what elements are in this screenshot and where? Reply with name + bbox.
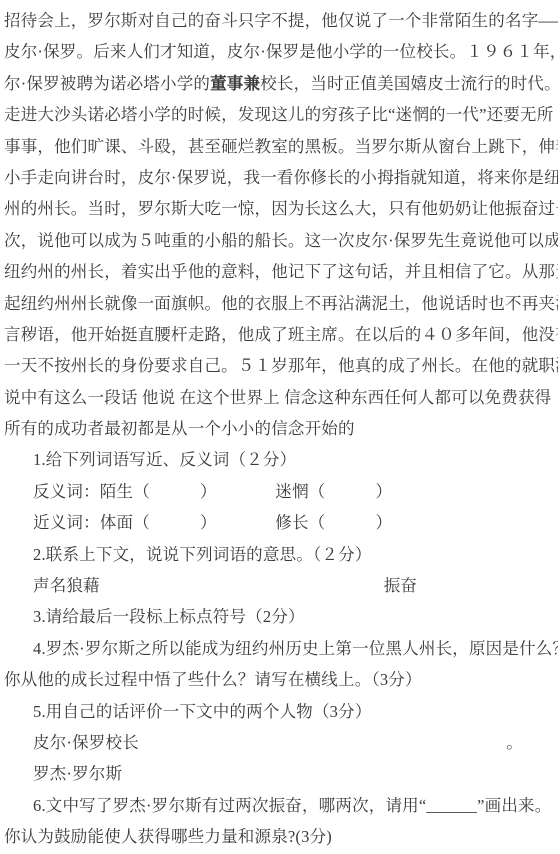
text-segment: 声名狼藉 振奋	[33, 576, 417, 595]
passage-line-8: 次，说他可以成为５吨重的小船的船长。这一次皮尔·保罗先生竟说他可以成为	[4, 225, 558, 256]
text-segment: 3.请给最后一段标上标点符号（2分）	[33, 607, 305, 626]
antonym-blanks-row: 反义词：陌生（ ） 迷惘（ ）	[4, 476, 558, 507]
passage-line-6: 小手走向讲台时，皮尔·保罗说，我一看你修长的小拇指就知道，将来你是纽约	[4, 162, 558, 193]
passage-line-7: 州的州长。当时，罗尔斯大吃一惊，因为长这么大，只有他奶奶让他振奋过一	[4, 193, 558, 224]
passage-line-9: 纽约州的州长，着实出乎他的意料，他记下了这句话，并且相信了它。从那天	[4, 256, 558, 287]
synonym-blanks-row: 近义词：体面（ ） 修长（ ）	[4, 507, 558, 538]
text-segment: 6.文中写了罗杰·罗尔斯有过两次振奋，哪两次，请用“______”画出来。	[33, 796, 551, 815]
text-segment: 纽约州的州长，着实出乎他的意料，他记下了这句话，并且相信了它。从那天	[4, 262, 558, 281]
text-segment: 罗杰·罗尔斯	[33, 764, 122, 783]
question-5: 5.用自己的话评价一下文中的两个人物（3分）	[4, 696, 558, 727]
passage-line-12: 一天不按州长的身份要求自己。５１岁那年，他真的成了州长。在他的就职演	[4, 350, 558, 381]
text-segment: 2.联系上下文，说说下列词语的意思。（２分）	[33, 545, 372, 564]
text-segment: 起纽约州州长就像一面旗帜。他的衣服上不再沾满泥土，他说话时也不再夹污	[4, 294, 558, 313]
text-segment: 走进大沙头诺必塔小学的时候，发现这儿的穷孩子比“迷惘的一代”还要无所	[4, 105, 553, 124]
passage-line-10: 起纽约州州长就像一面旗帜。他的衣服上不再沾满泥土，他说话时也不再夹污	[4, 288, 558, 319]
passage-line-1: 招待会上，罗尔斯对自己的奋斗只字不提，他仅说了一个非常陌生的名字——	[4, 5, 558, 36]
text-segment: 皮尔·保罗。后来人们才知道，皮尔·保罗是他小学的一位校长。１９６１年，皮	[4, 42, 558, 61]
text-segment: 你从他的成长过程中悟了些什么？请写在横线上。（3分）	[4, 670, 422, 689]
exam-paper-page: 招待会上，罗尔斯对自己的奋斗只字不提，他仅说了一个非常陌生的名字——皮尔·保罗。…	[0, 0, 560, 854]
question-3: 3.请给最后一段标上标点符号（2分）	[4, 601, 558, 632]
question-6-continued: 你认为鼓励能使人获得哪些力量和源泉?(3分)	[4, 821, 558, 852]
passage-line-3: 尔·保罗被聘为诺必塔小学的董事兼校长，当时正值美国嬉皮士流行的时代。他	[4, 68, 558, 99]
passage-line-4: 走进大沙头诺必塔小学的时候，发现这儿的穷孩子比“迷惘的一代”还要无所	[4, 99, 558, 130]
question-2: 2.联系上下文，说说下列词语的意思。（２分）	[4, 539, 558, 570]
question-1: 1.给下列词语写近、反义词（２分）	[4, 444, 558, 475]
passage-line-13: 说中有这么一段话 他说 在这个世界上 信念这种东西任何人都可以免费获得	[4, 382, 558, 413]
text-segment: 州的州长。当时，罗尔斯大吃一惊，因为长这么大，只有他奶奶让他振奋过一	[4, 199, 558, 218]
text-segment: 一天不按州长的身份要求自己。５１岁那年，他真的成了州长。在他的就职演	[4, 356, 558, 375]
question-4-continued: 你从他的成长过程中悟了些什么？请写在横线上。（3分）	[4, 664, 558, 695]
text-segment: 近义词：体面（ ） 修长（ ）	[33, 513, 392, 532]
passage-line-14: 所有的成功者最初都是从一个小小的信念开始的	[4, 413, 558, 444]
question-6: 6.文中写了罗杰·罗尔斯有过两次振奋，哪两次，请用“______”画出来。	[4, 790, 558, 821]
text-segment: 所有的成功者最初都是从一个小小的信念开始的	[4, 419, 355, 438]
bold-text-segment: 董事兼	[210, 74, 260, 93]
text-segment: 尔·保罗被聘为诺必塔小学的	[4, 74, 210, 93]
question-4: 4.罗杰·罗尔斯之所以能成为纽约州历史上第一位黑人州长，原因是什么？	[4, 633, 558, 664]
word-meaning-row: 声名狼藉 振奋	[4, 570, 558, 601]
text-segment: 说中有这么一段话 他说 在这个世界上 信念这种东西任何人都可以免费获得	[4, 388, 551, 407]
text-segment: 5.用自己的话评价一下文中的两个人物（3分）	[33, 702, 372, 721]
text-segment: 4.罗杰·罗尔斯之所以能成为纽约州历史上第一位黑人州长，原因是什么？	[33, 639, 558, 658]
passage-line-2: 皮尔·保罗。后来人们才知道，皮尔·保罗是他小学的一位校长。１９６１年，皮	[4, 36, 558, 67]
text-segment: 皮尔·保罗校长 。	[33, 733, 523, 752]
text-segment: 1.给下列词语写近、反义词（２分）	[33, 450, 296, 469]
text-segment: 言秽语，他开始挺直腰杆走路，他成了班主席。在以后的４０多年间，他没有	[4, 325, 558, 344]
text-segment: 反义词：陌生（ ） 迷惘（ ）	[33, 482, 392, 501]
text-segment: 次，说他可以成为５吨重的小船的船长。这一次皮尔·保罗先生竟说他可以成为	[4, 231, 558, 250]
passage-line-5: 事事，他们旷课、斗殴，甚至砸烂教室的黑板。当罗尔斯从窗台上跳下，伸着	[4, 131, 558, 162]
text-segment: 校长，当时正值美国嬉皮士流行的时代。他	[260, 74, 558, 93]
text-segment: 你认为鼓励能使人获得哪些力量和源泉?(3分)	[4, 827, 332, 846]
text-segment: 招待会上，罗尔斯对自己的奋斗只字不提，他仅说了一个非常陌生的名字——	[4, 11, 558, 30]
text-segment: 小手走向讲台时，皮尔·保罗说，我一看你修长的小拇指就知道，将来你是纽约	[4, 168, 558, 187]
answer-line-paul: 皮尔·保罗校长 。	[4, 727, 558, 758]
text-segment: 事事，他们旷课、斗殴，甚至砸烂教室的黑板。当罗尔斯从窗台上跳下，伸着	[4, 137, 558, 156]
answer-line-rolls: 罗杰·罗尔斯	[4, 758, 558, 789]
passage-line-11: 言秽语，他开始挺直腰杆走路，他成了班主席。在以后的４０多年间，他没有	[4, 319, 558, 350]
